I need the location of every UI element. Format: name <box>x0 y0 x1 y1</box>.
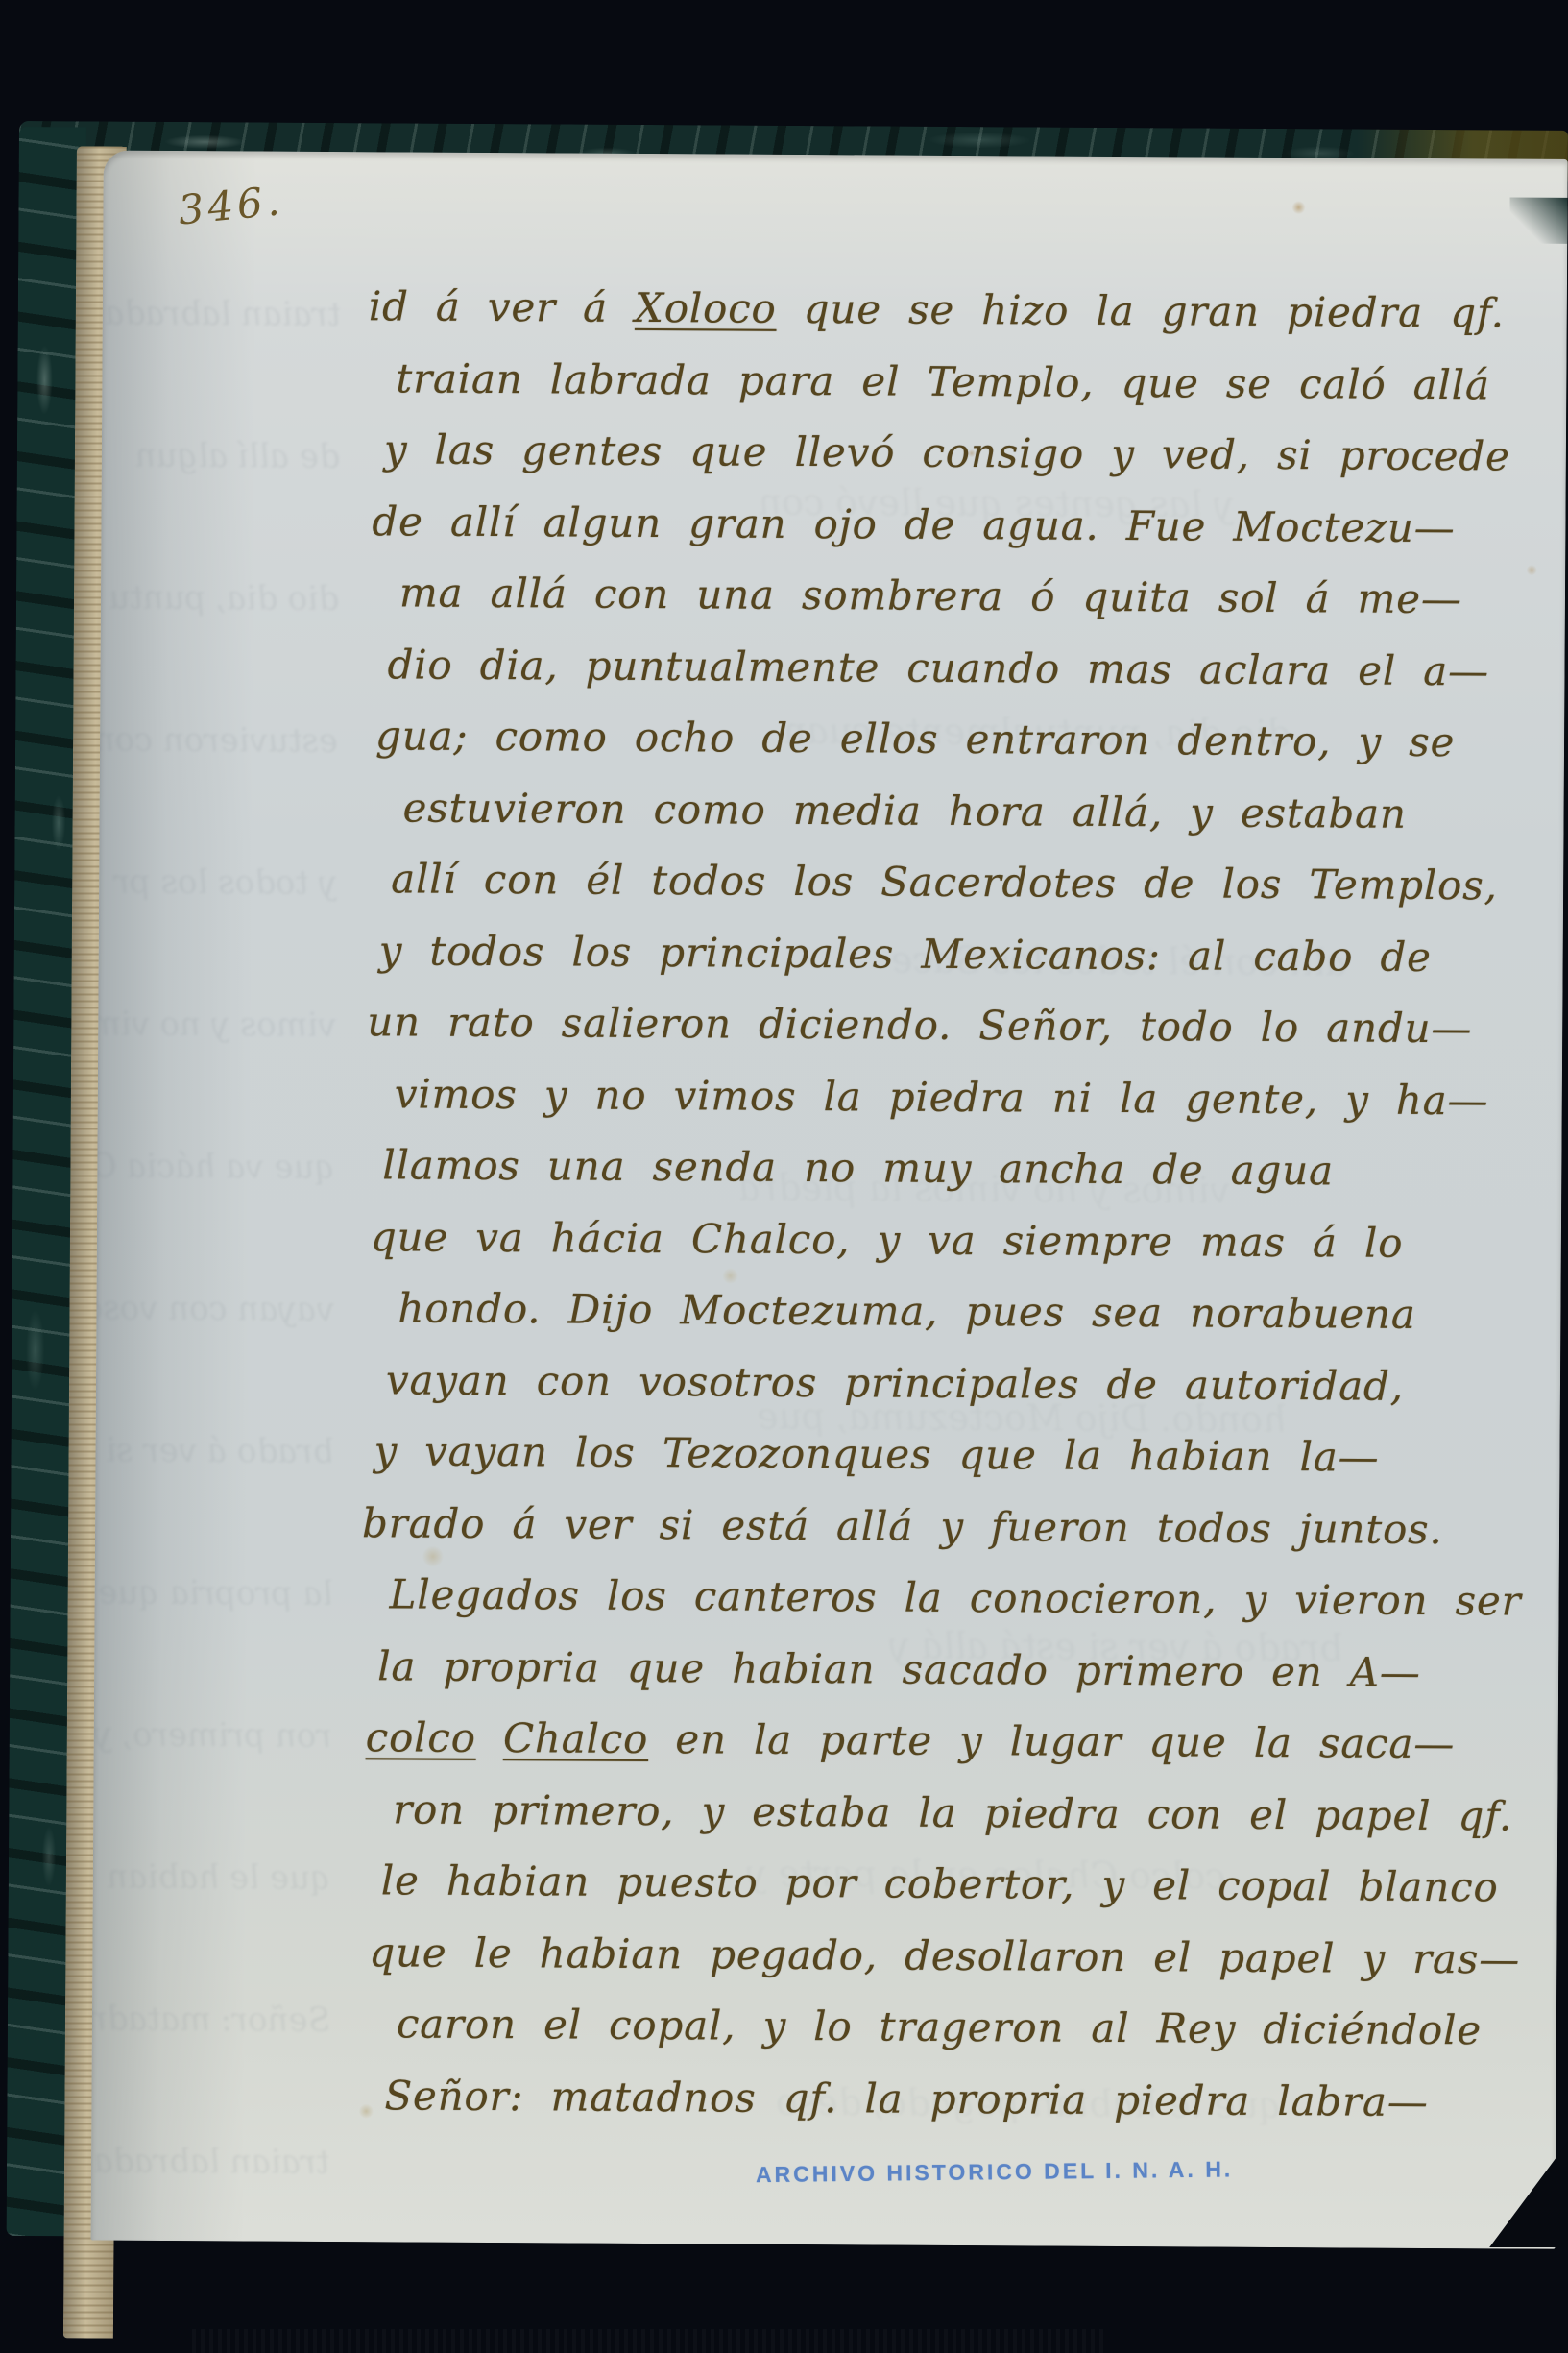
bleedthrough-ghost-text: traian labrada <box>91 2143 331 2182</box>
bleedthrough-ghost-text: que va hácia C <box>91 1147 338 1187</box>
manuscript-line: que va hácia Chalco, y va siempre mas á … <box>371 1213 1525 1292</box>
line-text: en la parte y lugar que la saca— <box>648 1715 1455 1767</box>
manuscript-line: brado á ver si está allá y fueron todos … <box>362 1499 1523 1578</box>
manuscript-line: allí con él todos los Sacerdotes de los … <box>391 855 1527 934</box>
line-text: que se hizo la gran piedra qf. <box>776 285 1505 337</box>
cover-corner-right <box>1509 197 1567 243</box>
manuscript-line: Señor: matadnos qf. la propria piedra la… <box>384 2072 1519 2150</box>
line-text: estuvieron como media hora allá, y estab… <box>402 784 1406 837</box>
bleedthrough-ghost-text: brado á ver si <box>104 1432 336 1471</box>
bleedthrough-ghost-text: dio dia, puntu <box>107 579 341 619</box>
bleedthrough-ghost-text: traian labrada <box>103 295 343 334</box>
line-text: le habian puesto por cobertor, y el copa… <box>381 1856 1499 1910</box>
paper-page: traian labradade allí algun dio dia, pun… <box>91 151 1568 2249</box>
manuscript-line: le habian puesto por cobertor, y el copa… <box>381 1856 1521 1935</box>
line-text: que le habian pegado, desollaron el pape… <box>369 1928 1520 1982</box>
manuscript-line: de allí algun gran ojo de agua. Fue Moct… <box>372 497 1529 576</box>
manuscript-line: traian labrada para el Templo, que se ca… <box>396 354 1530 433</box>
line-text: vayan con vosotros principales de autori… <box>386 1356 1404 1409</box>
bleedthrough-ghost-text: ron primero, y <box>91 1716 334 1756</box>
line-text: allí con él todos los Sacerdotes de los … <box>391 855 1498 909</box>
bleedthrough-ghost-text: Señor: matadno <box>91 2000 333 2040</box>
line-text: brado á ver si está allá y fueron todos … <box>362 1499 1443 1553</box>
line-text: Llegados los canteros la conocieron, y v… <box>389 1570 1521 1624</box>
manuscript-line: y vayan los Tezozonques que la habian la… <box>374 1427 1523 1506</box>
line-text: gua; como ocho de ellos entraron dentro,… <box>375 712 1455 765</box>
manuscript-line: un rato salieron diciendo. Señor, todo l… <box>367 998 1526 1077</box>
bound-volume: traian labradade allí algun dio dia, pun… <box>6 121 1567 2255</box>
line-text: dio dia, puntualmente cuando mas aclara … <box>387 641 1489 694</box>
manuscript-line: Llegados los canteros la conocieron, y v… <box>389 1570 1522 1649</box>
underlined-word: colco <box>366 1713 476 1761</box>
manuscript-line: llamos una senda no muy ancha de agua <box>382 1141 1525 1220</box>
handwritten-page-number: 346. <box>176 177 285 234</box>
line-text: y vayan los Tezozonques que la habian la… <box>374 1427 1379 1480</box>
manuscript-line: y todos los principales Mexicanos: al ca… <box>378 927 1526 1006</box>
line-text: y las gentes que llevó consigo y ved, si… <box>384 425 1510 479</box>
manuscript-line: caron el copal, y lo trageron al Rey dic… <box>397 2000 1520 2078</box>
line-text: ma allá con una sombrera ó quita sol á m… <box>399 569 1462 622</box>
bleedthrough-ghost-text: de allí algun <box>133 437 343 476</box>
bleedthrough-ghost-text: y todos los pr <box>112 863 340 903</box>
manuscript-line: la propria que habian sacado primero en … <box>377 1642 1522 1721</box>
manuscript-line: colco Chalco en la parte y lugar que la … <box>365 1713 1521 1792</box>
manuscript-line: estuvieron como media hora allá, y estab… <box>402 784 1527 862</box>
bleedthrough-ghost-text: vayan con voso <box>91 1289 337 1329</box>
line-text: ron primero, y estaba la piedra con el p… <box>393 1785 1512 1839</box>
manuscript-line: id á ver á Xoloco que se hizo la gran pi… <box>369 282 1531 361</box>
manuscript-line: dio dia, puntualmente cuando mas aclara … <box>387 641 1528 719</box>
manuscript-line: gua; como ocho de ellos entraron dentro,… <box>375 712 1528 790</box>
manuscript-line: hondo. Dijo Moctezuma, pues sea norabuen… <box>398 1284 1524 1363</box>
line-text: caron el copal, y lo trageron al Rey dic… <box>397 2000 1482 2053</box>
line-text: vimos y no vimos la piedra ni la gente, … <box>395 1070 1489 1124</box>
bleedthrough-ghost-text: estuvieron com <box>91 720 341 761</box>
bleedthrough-ghost-text: vimos y no vim <box>91 1005 339 1045</box>
line-text: de allí algun gran ojo de agua. Fue Moct… <box>372 497 1455 551</box>
line-text: llamos una senda no muy ancha de agua <box>382 1141 1334 1194</box>
line-text: Señor: matadnos qf. la propria piedra la… <box>384 2072 1428 2125</box>
line-text: la propria que habian sacado primero en … <box>377 1642 1421 1696</box>
underlined-word: Xoloco <box>635 284 777 332</box>
background-texture-strip <box>192 2329 1104 2353</box>
manuscript-line: vayan con vosotros principales de autori… <box>386 1356 1524 1435</box>
inah-archive-stamp: ARCHIVO HISTORICO DEL I. N. A. H. <box>756 2156 1234 2188</box>
bleedthrough-ghost-text: la propria que <box>96 1574 335 1613</box>
line-text: id á ver á <box>369 282 636 331</box>
manuscript-photo: { "document": { "page_number": "346.", "… <box>0 0 1568 2353</box>
manuscript-line: ron primero, y estaba la piedra con el p… <box>393 1785 1521 1864</box>
line-text <box>476 1714 503 1761</box>
manuscript-line: y las gentes que llevó consigo y ved, si… <box>384 425 1530 504</box>
manuscript-line: vimos y no vimos la piedra ni la gente, … <box>395 1070 1526 1149</box>
manuscript-text-block: id á ver á Xoloco que se hizo la gran pi… <box>376 282 1530 2149</box>
underlined-word: Chalco <box>503 1714 649 1762</box>
line-text: un rato salieron diciendo. Señor, todo l… <box>367 998 1472 1052</box>
line-text: y todos los principales Mexicanos: al ca… <box>379 927 1432 981</box>
line-text: hondo. Dijo Moctezuma, pues sea norabuen… <box>398 1284 1415 1337</box>
manuscript-line: ma allá con una sombrera ó quita sol á m… <box>399 569 1529 647</box>
line-text: traian labrada para el Templo, que se ca… <box>396 354 1490 408</box>
bleedthrough-ghost-text: que le habian <box>105 1858 333 1898</box>
manuscript-line: que le habian pegado, desollaron el pape… <box>369 1928 1520 2007</box>
line-text: que va hácia Chalco, y va siempre mas á … <box>371 1213 1404 1267</box>
